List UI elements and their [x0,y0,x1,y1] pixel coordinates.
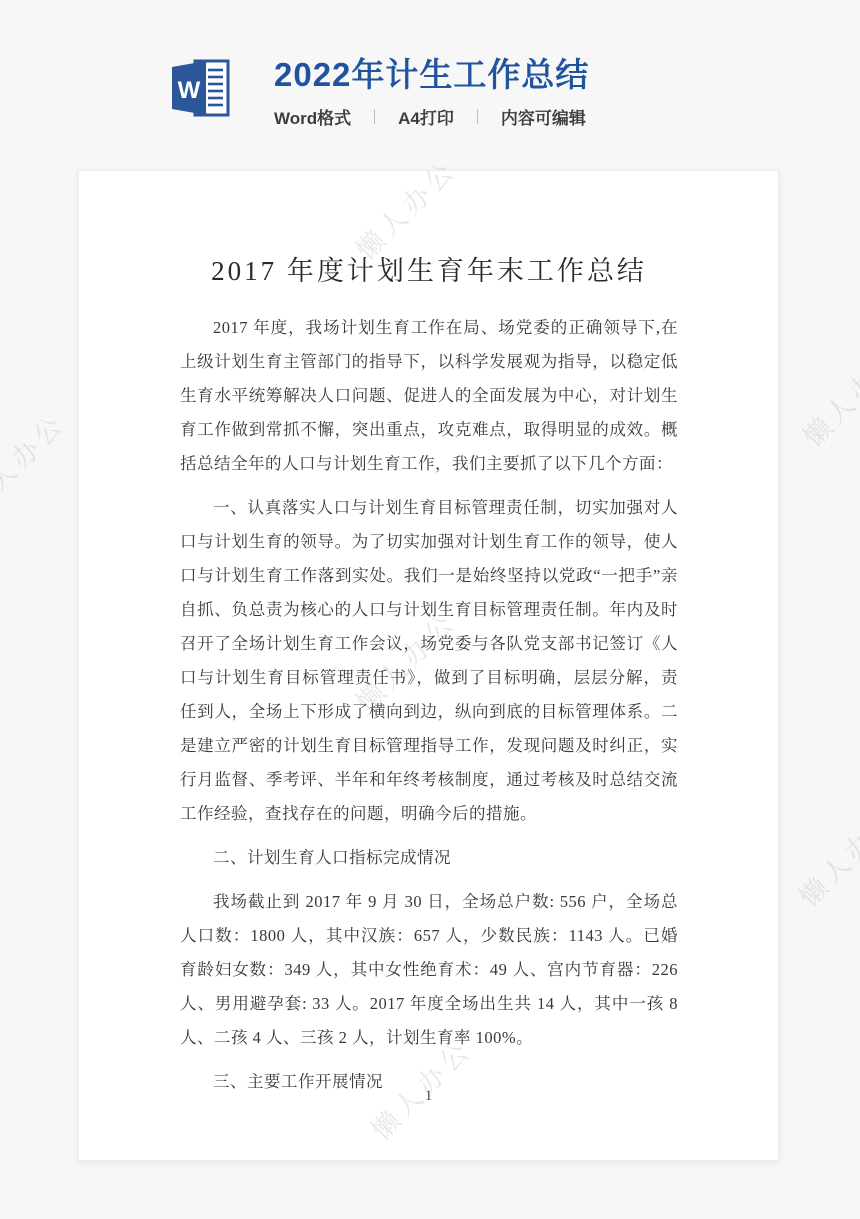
meta-separator: ｜ [470,106,485,127]
paragraph-section-1: 一、认真落实人口与计划生育目标管理责任制，切实加强对人口与计划生育的领导。为了切… [180,491,678,831]
paragraph-section-2: 我场截止到 2017 年 9 月 30 日，全场总户数: 556 户，全场总人口… [180,885,678,1055]
header-text: 2022年计生工作总结 Word格式 ｜ A4打印 ｜ 内容可编辑 [274,56,589,129]
paragraph-heading-2: 二、计划生育人口指标完成情况 [180,841,678,875]
watermark: 懒人办公 [789,796,860,914]
meta-print: A4打印 [398,104,454,129]
watermark: 懒人办公 [793,336,860,454]
svg-text:W: W [178,77,201,104]
document-body: 2017 年度，我场计划生育工作在局、场党委的正确领导下,在上级计划生育主管部门… [180,311,678,1099]
page-canvas: W 2022年计生工作总结 Word格式 ｜ A4打印 ｜ 内容可编辑 2017… [0,0,860,1219]
meta-editable: 内容可编辑 [501,104,586,129]
document-page: 2017 年度计划生育年末工作总结 2017 年度，我场计划生育工作在局、场党委… [78,170,779,1161]
page-number: 1 [79,1088,778,1105]
word-logo-icon: W [168,56,232,120]
page-title: 2022年计生工作总结 [274,56,589,94]
paragraph-intro: 2017 年度，我场计划生育工作在局、场党委的正确领导下,在上级计划生育主管部门… [180,311,678,481]
watermark: 懒人办公 [0,403,73,521]
header: W 2022年计生工作总结 Word格式 ｜ A4打印 ｜ 内容可编辑 [168,56,589,129]
document-title: 2017 年度计划生育年末工作总结 [180,251,678,291]
document-meta: Word格式 ｜ A4打印 ｜ 内容可编辑 [274,104,589,129]
meta-separator: ｜ [367,106,382,127]
meta-format: Word格式 [274,104,351,129]
